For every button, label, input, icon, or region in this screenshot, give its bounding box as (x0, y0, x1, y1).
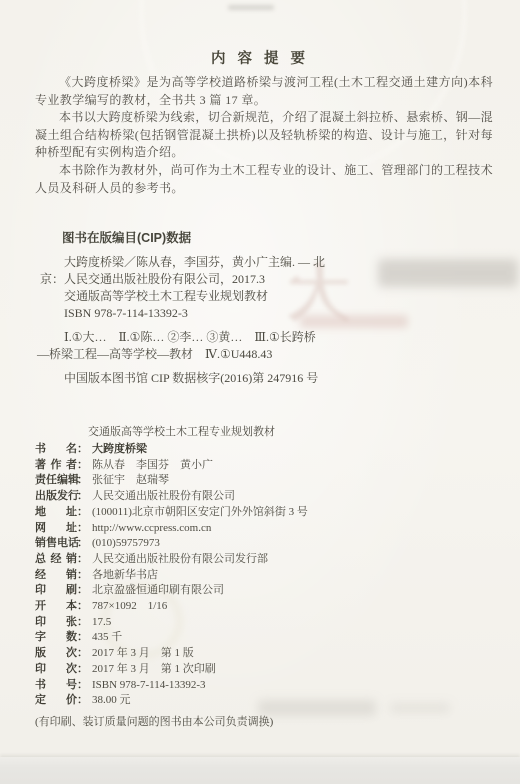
colophon-row-isbn: 书号：ISBN 978-7-114-13392-3 (35, 678, 455, 694)
colophon-value: 2017 年 3 月 第 1 版 (92, 647, 194, 659)
colophon-row-publisher: 出版发行：人民交通出版社股份有限公司 (35, 489, 455, 505)
colophon-colon: ： (77, 679, 88, 691)
content-summary-paragraph-1: 《大跨度桥梁》是为高等学校道路桥梁与渡河工程(土木工程交通土建方向)本科专业教学… (35, 74, 493, 109)
colophon-value: 各地新华书店 (92, 569, 158, 581)
cip-record-line: ISBN 978-7-114-13392-3 (40, 305, 385, 322)
colophon-value: 2017 年 3 月 第 1 次印刷 (92, 663, 216, 675)
colophon-row-authors: 著作者：陈从春 李国芬 黄小广 (35, 458, 455, 474)
page-bottom-edge (0, 757, 520, 784)
colophon-value: (100011)北京市朝阳区安定门外外馆斜街 3 号 (92, 506, 308, 518)
colophon-value: 人民交通出版社股份有限公司 (92, 490, 235, 502)
colophon-value: 17.5 (92, 616, 111, 628)
colophon-row-editors: 责任编辑：张征宇 赵瑞琴 (35, 473, 455, 489)
colophon-row-format: 开本：787×1092 1/16 (35, 599, 455, 615)
colophon-rows: 书名：大跨度桥梁 著作者：陈从春 李国芬 黄小广 责任编辑：张征宇 赵瑞琴 出版… (35, 442, 455, 709)
colophon-colon: ： (77, 522, 88, 534)
colophon-row-edition: 版次：2017 年 3 月 第 1 版 (35, 646, 455, 662)
cip-record-line: 京：人民交通出版社股份有限公司，2017.3 (40, 271, 385, 288)
colophon-row-general-distributor: 总经销：人民交通出版社股份有限公司发行部 (35, 552, 455, 568)
colophon-label: 印刷 (35, 583, 77, 599)
cip-classification: Ⅰ.①大… Ⅱ.①陈… ②李… ③黄… Ⅲ.①长跨桥 —桥梁工程—高等学校—教材… (40, 329, 385, 363)
colophon-label: 书名 (35, 442, 77, 458)
cip-class-line: Ⅰ.①大… Ⅱ.①陈… ②李… ③黄… Ⅲ.①长跨桥 (40, 329, 385, 346)
colophon-label: 著作者 (35, 458, 77, 474)
colophon-colon: ： (77, 553, 88, 565)
colophon-row-address: 地址：(100011)北京市朝阳区安定门外外馆斜街 3 号 (35, 505, 455, 521)
colophon-label: 定价 (35, 693, 77, 709)
colophon-label: 经销 (35, 568, 77, 584)
colophon-value: 787×1092 1/16 (92, 600, 167, 612)
content-summary-heading: 内 容 提 要 (0, 47, 520, 68)
colophon-value: 人民交通出版社股份有限公司发行部 (92, 553, 268, 565)
colophon-label: 地址 (35, 505, 77, 521)
scan-smudge-top (228, 5, 274, 10)
colophon-colon: ： (77, 506, 88, 518)
colophon-colon: ： (77, 647, 88, 659)
colophon-row-impression: 印次：2017 年 3 月 第 1 次印刷 (35, 662, 455, 678)
colophon-value: 北京盈盛恒通印刷有限公司 (92, 584, 224, 596)
cip-record-number: 中国版本图书馆 CIP 数据核字(2016)第 247916 号 (40, 370, 385, 387)
colophon-row-sheets: 印张：17.5 (35, 615, 455, 631)
colophon-row-book-title: 书名：大跨度桥梁 (35, 442, 455, 458)
cip-class-line: —桥梁工程—高等学校—教材 Ⅳ.①U448.43 (37, 346, 385, 363)
colophon-colon: ： (77, 694, 88, 706)
content-summary-paragraph-3: 本书除作为教材外，尚可作为土木工程专业的设计、施工、管理部门的工程技术人员及科研… (35, 162, 493, 197)
colophon-value: 陈从春 李国芬 黄小广 (92, 459, 213, 471)
colophon-row-price: 定价：38.00 元 (35, 693, 455, 709)
colophon-colon: ： (77, 474, 88, 486)
colophon-row-distributor: 经销：各地新华书店 (35, 568, 455, 584)
colophon-label: 销售电话 (35, 536, 77, 552)
colophon-label: 责任编辑 (35, 473, 77, 489)
colophon-colon: ： (77, 459, 88, 471)
colophon-value: 435 千 (92, 631, 122, 643)
colophon: 交通版高等学校土木工程专业规划教材 书名：大跨度桥梁 著作者：陈从春 李国芬 黄… (35, 424, 455, 731)
colophon-label: 总经销 (35, 552, 77, 568)
colophon-row-printer: 印刷：北京盈盛恒通印刷有限公司 (35, 583, 455, 599)
cip-record-line: 交通版高等学校土木工程专业规划教材 (40, 288, 385, 305)
colophon-colon: ： (77, 490, 88, 502)
colophon-colon: ： (77, 569, 88, 581)
colophon-label: 印次 (35, 662, 77, 678)
colophon-label: 出版发行 (35, 489, 77, 505)
colophon-series-title: 交通版高等学校土木工程专业规划教材 (88, 424, 455, 440)
colophon-value: http://www.ccpress.com.cn (92, 522, 211, 534)
colophon-value: ISBN 978-7-114-13392-3 (92, 679, 206, 691)
colophon-colon: ： (77, 537, 88, 549)
colophon-colon: ： (77, 600, 88, 612)
copyright-page: 大 内 容 提 要 《大跨度桥梁》是为高等学校道路桥梁与渡河工程(土木工程交通土… (0, 0, 520, 784)
showthrough-title-block (378, 259, 518, 287)
cip-record-line: 大跨度桥梁／陈从春，李国芬，黄小广主编. — 北 (40, 254, 385, 271)
colophon-label: 印张 (35, 615, 77, 631)
colophon-value: 大跨度桥梁 (92, 443, 147, 455)
colophon-colon: ： (77, 663, 88, 675)
colophon-value: 38.00 元 (92, 694, 131, 706)
colophon-label: 网址 (35, 521, 77, 537)
colophon-colon: ： (77, 443, 88, 455)
colophon-colon: ： (77, 584, 88, 596)
content-summary: 《大跨度桥梁》是为高等学校道路桥梁与渡河工程(土木工程交通土建方向)本科专业教学… (35, 74, 493, 197)
colophon-label: 开本 (35, 599, 77, 615)
content-summary-paragraph-2: 本书以大跨度桥梁为线索，切合新规范，介绍了混凝土斜拉桥、悬索桥、钢—混凝土组合结… (35, 109, 493, 162)
colophon-label: 书号 (35, 678, 77, 694)
cip-heading: 图书在版编目(CIP)数据 (62, 228, 385, 246)
cip-record: 大跨度桥梁／陈从春，李国芬，黄小广主编. — 北 京：人民交通出版社股份有限公司… (40, 254, 385, 322)
colophon-colon: ： (77, 631, 88, 643)
colophon-row-website: 网址：http://www.ccpress.com.cn (35, 521, 455, 537)
colophon-value: 张征宇 赵瑞琴 (92, 474, 169, 486)
colophon-label: 版次 (35, 646, 77, 662)
colophon-row-word-count: 字数：435 千 (35, 630, 455, 646)
colophon-label: 字数 (35, 630, 77, 646)
colophon-value: (010)59757973 (92, 537, 160, 549)
colophon-row-sales-phone: 销售电话：(010)59757973 (35, 536, 455, 552)
colophon-exchange-note: (有印刷、装订质量问题的图书由本公司负责调换) (35, 715, 455, 731)
cip-block: 图书在版编目(CIP)数据 大跨度桥梁／陈从春，李国芬，黄小广主编. — 北 京… (40, 228, 385, 387)
colophon-colon: ： (77, 616, 88, 628)
